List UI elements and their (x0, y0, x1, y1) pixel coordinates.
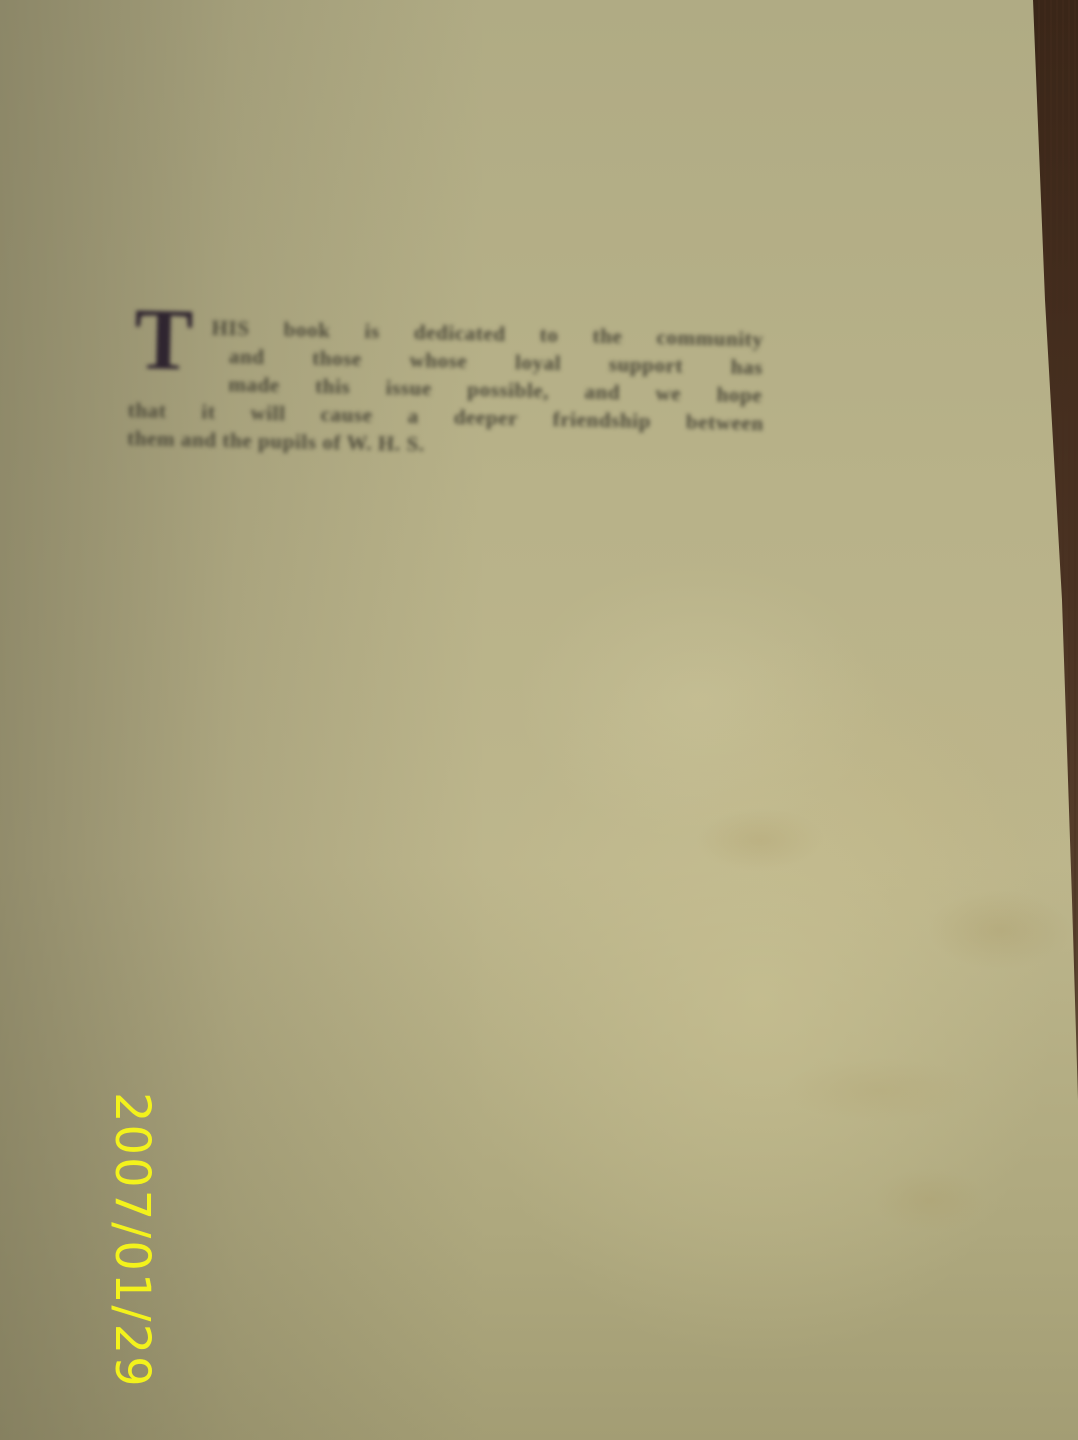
dedication-paragraph: T HIS book is dedicated to the community… (130, 306, 770, 319)
dedication-line: them and the pupils of W. H. S. (127, 426, 425, 457)
camera-date-stamp: 2007/01/29 (108, 1092, 156, 1389)
book-page: T HIS book is dedicated to the community… (0, 0, 1078, 1440)
water-stains (0, 0, 1078, 1440)
drop-cap: T (133, 300, 193, 381)
